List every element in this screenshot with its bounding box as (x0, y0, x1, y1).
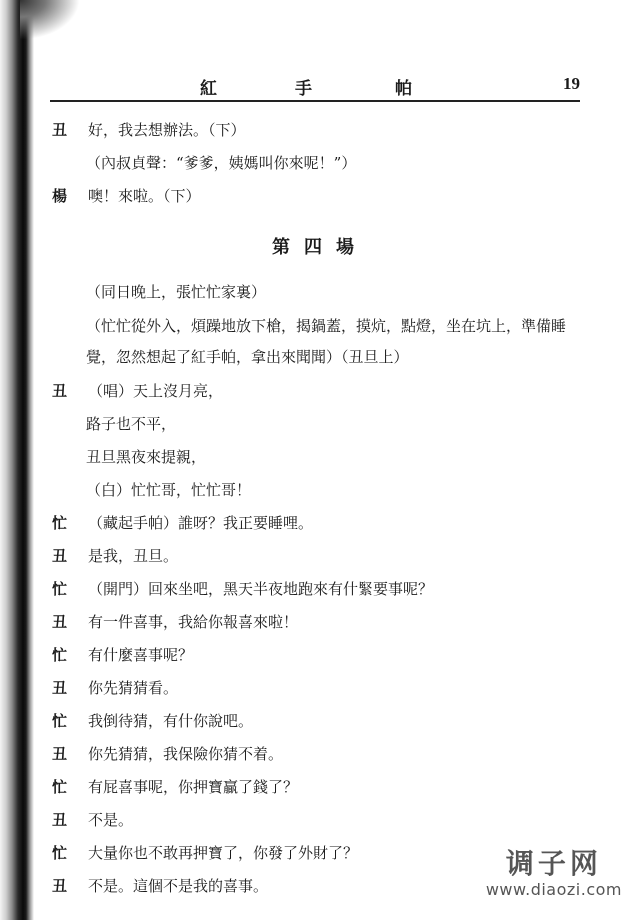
dialogue-line: 丑你先猜猜，我保險你猜不着。 (52, 744, 283, 764)
spoken-line: （白）忙忙哥，忙忙哥！ (86, 480, 251, 500)
header-rule (50, 100, 580, 102)
dialogue-line: 丑（唱）天上沒月亮， (52, 381, 223, 401)
line-text: （唱）天上沒月亮， (88, 382, 223, 400)
dialogue-line: 丑你先猜猜看。 (52, 678, 178, 698)
speaker-label: 丑 (52, 381, 88, 401)
dialogue-line: 忙我倒待猜，有什你說吧。 (52, 711, 253, 731)
line-text: 是我，丑旦。 (88, 547, 178, 565)
line-text: 好，我去想辦法。（下） (88, 121, 246, 139)
dialogue-line: 忙（開門）回來坐吧，黑天半夜地跑來有什緊要事呢？ (52, 579, 433, 599)
speaker-label: 忙 (52, 843, 88, 863)
site-watermark: 调子网 www.diaozi.com (486, 848, 622, 900)
binding-corner-shadow (20, 0, 80, 40)
speaker-label: 丑 (52, 810, 88, 830)
line-text: 噢！來啦。（下） (88, 187, 201, 205)
stage-direction: （同日晚上，張忙忙家裏） (86, 282, 266, 302)
dialogue-line: 丑有一件喜事，我給你報喜來啦！ (52, 612, 298, 632)
dialogue-line: 忙有什麼喜事呢？ (52, 645, 193, 665)
speaker-label: 丑 (52, 744, 88, 764)
speaker-label: 忙 (52, 777, 88, 797)
header-title-char-2: 手 (295, 74, 312, 99)
line-text: 你先猜猜，我保險你猜不着。 (88, 745, 283, 763)
speaker-label: 忙 (52, 513, 88, 533)
dialogue-line: 楊噢！來啦。（下） (52, 186, 201, 206)
line-text: 有什麼喜事呢？ (88, 646, 193, 664)
speaker-label: 忙 (52, 645, 88, 665)
dialogue-line: 忙大量你也不敢再押寶了，你發了外財了？ (52, 843, 358, 863)
page-number: 19 (563, 74, 580, 94)
line-text: 有屁喜事呢，你押寶贏了錢了？ (88, 778, 298, 796)
line-text: 有一件喜事，我給你報喜來啦！ (88, 613, 298, 631)
song-line: 丑旦黑夜來提親， (86, 447, 206, 467)
speaker-label: 楊 (52, 186, 88, 206)
watermark-url: www.diaozi.com (486, 880, 622, 900)
dialogue-line: 忙有屁喜事呢，你押寶贏了錢了？ (52, 777, 298, 797)
speaker-label: 忙 (52, 579, 88, 599)
running-header: 紅 手 帕 19 (50, 68, 580, 98)
dialogue-line: 丑不是。 (52, 810, 133, 830)
dialogue-line: 丑不是。這個不是我的喜事。 (52, 876, 268, 896)
dialogue-line: 忙（藏起手帕）誰呀？我正要睡哩。 (52, 513, 313, 533)
speaker-label: 忙 (52, 711, 88, 731)
line-text: 大量你也不敢再押寶了，你發了外財了？ (88, 844, 358, 862)
stage-direction: （內叔貞聲：“爹爹，姨媽叫你來呢！”） (86, 153, 356, 173)
dialogue-line: 丑好，我去想辦法。（下） (52, 120, 246, 140)
speaker-label: 丑 (52, 546, 88, 566)
watermark-name: 调子网 (486, 848, 622, 880)
stage-direction: （忙忙從外入，煩躁地放下槍，揭鍋蓋，摸炕，點燈，坐在坑上，準備睡 (86, 316, 566, 336)
header-title-char-3: 帕 (395, 74, 412, 99)
scene-title: 第四場 (0, 233, 640, 259)
line-text: 你先猜猜看。 (88, 679, 178, 697)
speaker-label: 丑 (52, 120, 88, 140)
book-binding-shadow (0, 0, 34, 920)
line-text: 不是。 (88, 811, 133, 829)
speaker-label: 丑 (52, 876, 88, 896)
song-line: 路子也不平， (86, 414, 176, 434)
header-title-char-1: 紅 (200, 74, 217, 99)
line-text: 我倒待猜，有什你說吧。 (88, 712, 253, 730)
dialogue-line: 丑是我，丑旦。 (52, 546, 178, 566)
speaker-label: 丑 (52, 678, 88, 698)
line-text: （開門）回來坐吧，黑天半夜地跑來有什緊要事呢？ (88, 580, 433, 598)
line-text: （藏起手帕）誰呀？我正要睡哩。 (88, 514, 313, 532)
stage-direction: 覺，忽然想起了紅手帕，拿出來聞聞）（丑旦上） (86, 347, 409, 367)
speaker-label: 丑 (52, 612, 88, 632)
line-text: 不是。這個不是我的喜事。 (88, 877, 268, 895)
